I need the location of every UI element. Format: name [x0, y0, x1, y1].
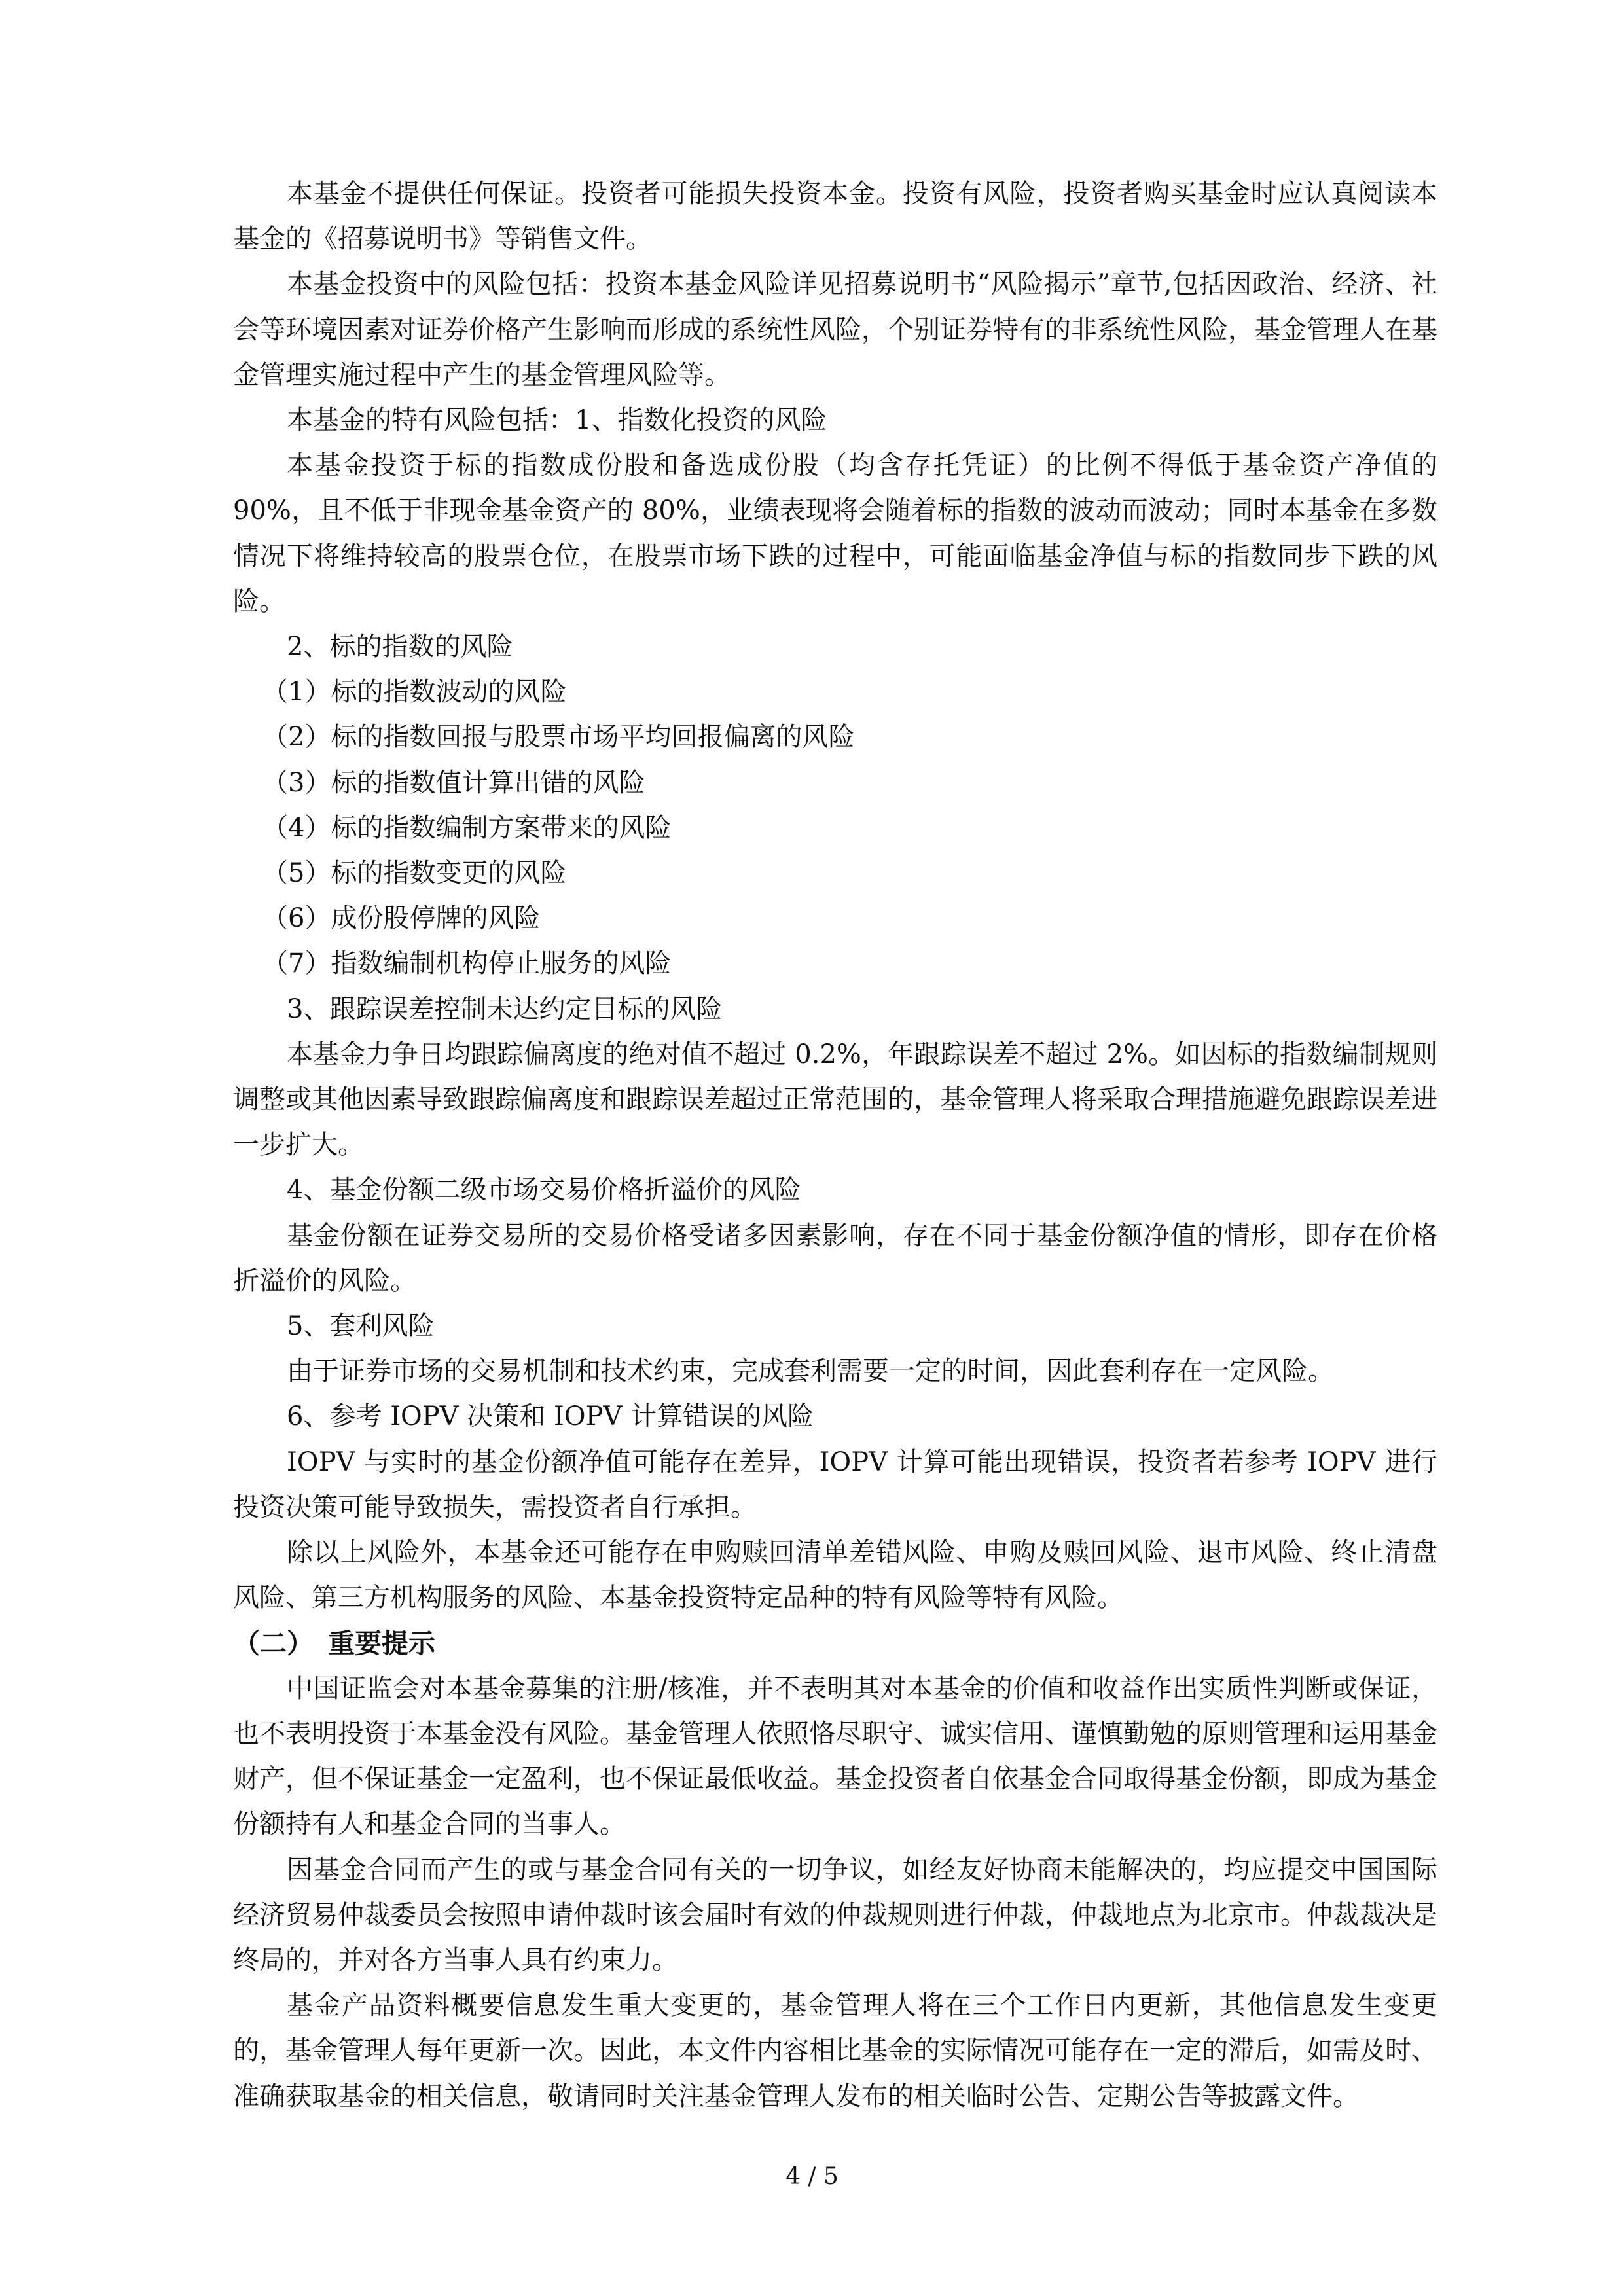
item-6-body: IOPV 与实时的基金份额净值可能存在差异，IOPV 计算可能出现错误，投资者若…: [233, 1440, 1437, 1530]
paragraph-index-investment-risk: 本基金投资于标的指数成份股和备选成份股（均含存托凭证）的比例不得低于基金资产净值…: [233, 443, 1437, 624]
list-item: （3）标的指数值计算出错的风险: [233, 761, 1437, 806]
item-5-title: 5、套利风险: [233, 1304, 1437, 1349]
item-5-body: 由于证券市场的交易机制和技术约束，完成套利需要一定的时间，因此套利存在一定风险。: [233, 1349, 1437, 1394]
list-item: （6）成份股停牌的风险: [233, 896, 1437, 941]
item-4-body: 基金份额在证券交易所的交易价格受诸多因素影响，存在不同于基金份额净值的情形，即存…: [233, 1213, 1437, 1304]
list-item: （1）标的指数波动的风险: [233, 670, 1437, 715]
list-item: （5）标的指数变更的风险: [233, 851, 1437, 896]
list-item: （4）标的指数编制方案带来的风险: [233, 806, 1437, 851]
page-number: 4 / 5: [0, 2163, 1624, 2190]
paragraph-arbitration: 因基金合同而产生的或与基金合同有关的一切争议，如经友好协商未能解决的，均应提交中…: [233, 1848, 1437, 1984]
list-item: （7）指数编制机构停止服务的风险: [233, 941, 1437, 986]
paragraph-updates: 基金产品资料概要信息发生重大变更的，基金管理人将在三个工作日内更新，其他信息发生…: [233, 1983, 1437, 2119]
section-title: 重要提示: [328, 1628, 435, 1659]
paragraph-specific-risks: 本基金的特有风险包括：1、指数化投资的风险: [233, 398, 1437, 443]
section-number: （二）: [233, 1628, 314, 1659]
paragraph-other-risks: 除以上风险外，本基金还可能存在申购赎回清单差错风险、申购及赎回风险、退市风险、终…: [233, 1530, 1437, 1621]
list-item: （2）标的指数回报与股票市场平均回报偏离的风险: [233, 715, 1437, 760]
item-2-subitems-list: （1）标的指数波动的风险 （2）标的指数回报与股票市场平均回报偏离的风险 （3）…: [233, 670, 1437, 986]
item-4-title: 4、基金份额二级市场交易价格折溢价的风险: [233, 1168, 1437, 1213]
item-3-title: 3、跟踪误差控制未达约定目标的风险: [233, 987, 1437, 1032]
paragraph-csrc-registration: 中国证监会对本基金募集的注册/核准，并不表明其对本基金的价值和收益作出实质性判断…: [233, 1666, 1437, 1848]
item-3-body: 本基金力争日均跟踪偏离度的绝对值不超过 0.2%，年跟踪误差不超过 2%。如因标…: [233, 1032, 1437, 1168]
section-heading-important-notice: （二）重要提示: [233, 1621, 1437, 1666]
paragraph-no-guarantee: 本基金不提供任何保证。投资者可能损失投资本金。投资有风险，投资者购买基金时应认真…: [233, 171, 1437, 262]
document-page-body: 本基金不提供任何保证。投资者可能损失投资本金。投资有风险，投资者购买基金时应认真…: [233, 171, 1437, 2119]
paragraph-risks-include: 本基金投资中的风险包括：投资本基金风险详见招募说明书“风险揭示”章节,包括因政治…: [233, 262, 1437, 398]
item-2-title: 2、标的指数的风险: [233, 624, 1437, 670]
item-6-title: 6、参考 IOPV 决策和 IOPV 计算错误的风险: [233, 1394, 1437, 1439]
